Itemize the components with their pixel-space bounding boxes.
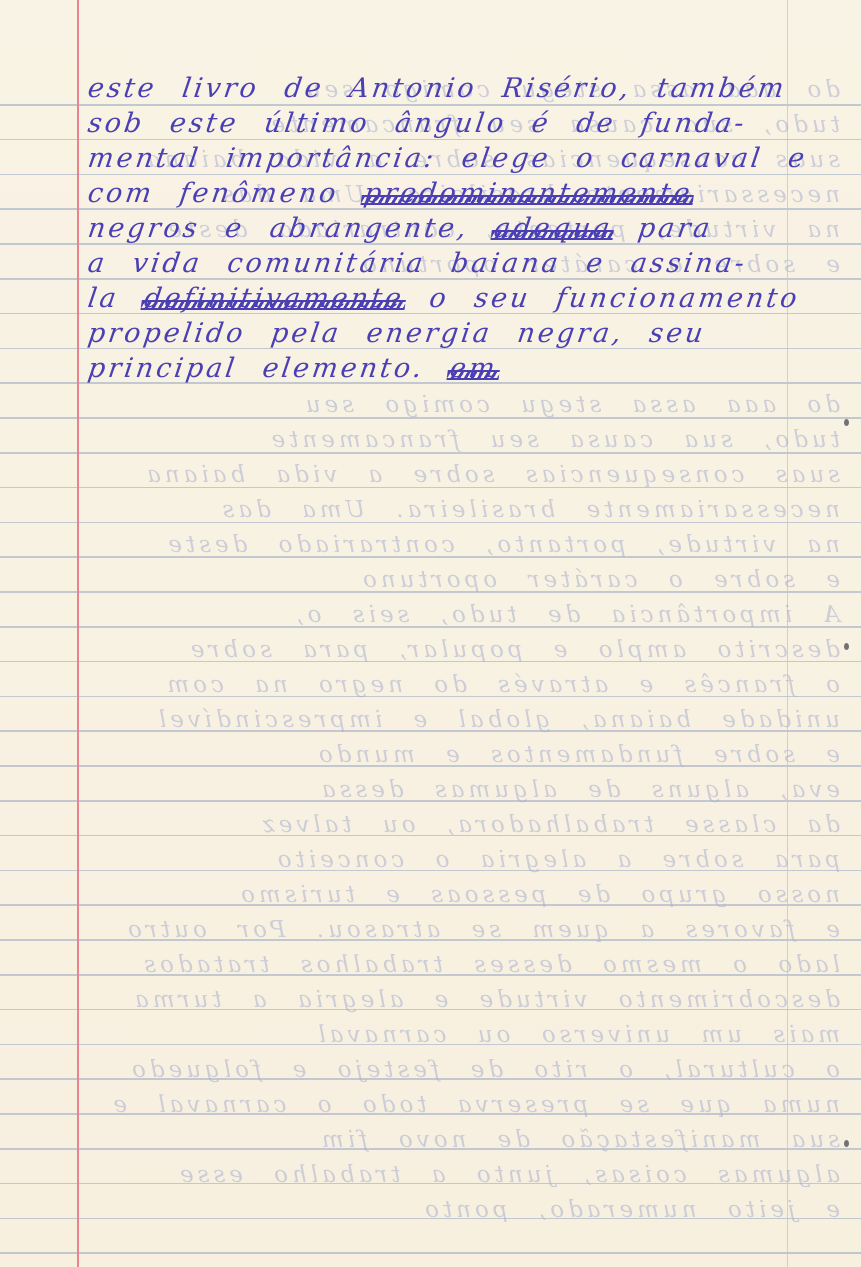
bleed-line: na virtude, portanto, contrariado deste — [40, 530, 840, 560]
handwriting-line-9: principal elemento. em — [86, 352, 791, 386]
punch-hole-mark — [844, 1140, 849, 1147]
bleed-line: suas consequencias sobre a vida baiana — [40, 460, 840, 490]
notebook-page: do aaa assa stegu comigo seu tudo, sua c… — [0, 0, 861, 1267]
bleed-line: descobrimento virtude e alegria a turma — [40, 985, 840, 1015]
bleed-line: tudo, sua causa seu francamente — [40, 425, 840, 455]
bleed-line: da classe trabalhadora, ou talvez — [40, 810, 840, 840]
bleed-line: nosso grupo de pessoas e turismo — [40, 880, 840, 910]
struck-out-word: predominantemente — [362, 177, 695, 211]
bleed-line: unidade baiana, global e imprescindível — [40, 705, 840, 735]
handwriting-line-8: propelido pela energia negra, seu — [86, 317, 791, 351]
bleed-line: para sobre a alegria o conceito — [40, 845, 840, 875]
handwriting-line-1: este livro de Antonio Risério, também — [86, 72, 791, 106]
bleed-line: lado o mesmo desses trabalhos tratados — [40, 950, 840, 980]
bleed-line: e jeito numerado, ponto — [40, 1195, 840, 1225]
punch-hole-mark — [844, 643, 849, 650]
handwriting-line-7: la definitivamente o seu funcionamento — [86, 282, 791, 316]
bleed-line: descrito amplo e popular, para sobre — [40, 635, 840, 665]
bleed-line: e favores a quem se atrasou. Por outro — [40, 915, 840, 945]
bleed-line: e sobre o caráter oportuno — [40, 565, 840, 595]
struck-out-word: adequa — [492, 212, 615, 246]
bleed-line: algumas coisas, junto a trabalho esse — [40, 1160, 840, 1190]
bleed-line: eva, alguns de algumas dessa — [40, 775, 840, 805]
handwriting-line-5: negros e abrangente, adequa para — [86, 212, 791, 246]
struck-out-word: em — [448, 352, 500, 386]
handwriting-line-6: a vida comunitária baiana e assina- — [86, 247, 791, 281]
struck-out-word: definitivamente — [142, 282, 406, 316]
bleed-line: sua manifestação de novo fim — [40, 1125, 840, 1155]
bleed-line: necessariamente brasileira. Uma das — [40, 495, 840, 525]
bleed-line: A importância de tudo, seis o, — [40, 600, 840, 630]
ruled-line — [0, 1252, 861, 1254]
handwriting-line-2: sob este último ângulo é de funda- — [86, 107, 791, 141]
bleed-line: numa que se preserva todo o carnaval e — [40, 1090, 840, 1120]
handwriting-line-3: mental importância: elege o carnaval e — [86, 142, 791, 176]
bleed-line: e sobre fundamentos e mundo — [40, 740, 840, 770]
bleed-line: do aaa assa stegu comigo seu — [40, 390, 840, 420]
bleed-line: o cultural, o rito de festejo e folguedo — [40, 1055, 840, 1085]
bleed-line: mais um universo ou carnaval — [40, 1020, 840, 1050]
bleed-line: o francês e através do negro na com — [40, 670, 840, 700]
punch-hole-mark — [844, 419, 849, 426]
handwriting-line-4: com fenômeno predominantemente — [86, 177, 791, 211]
